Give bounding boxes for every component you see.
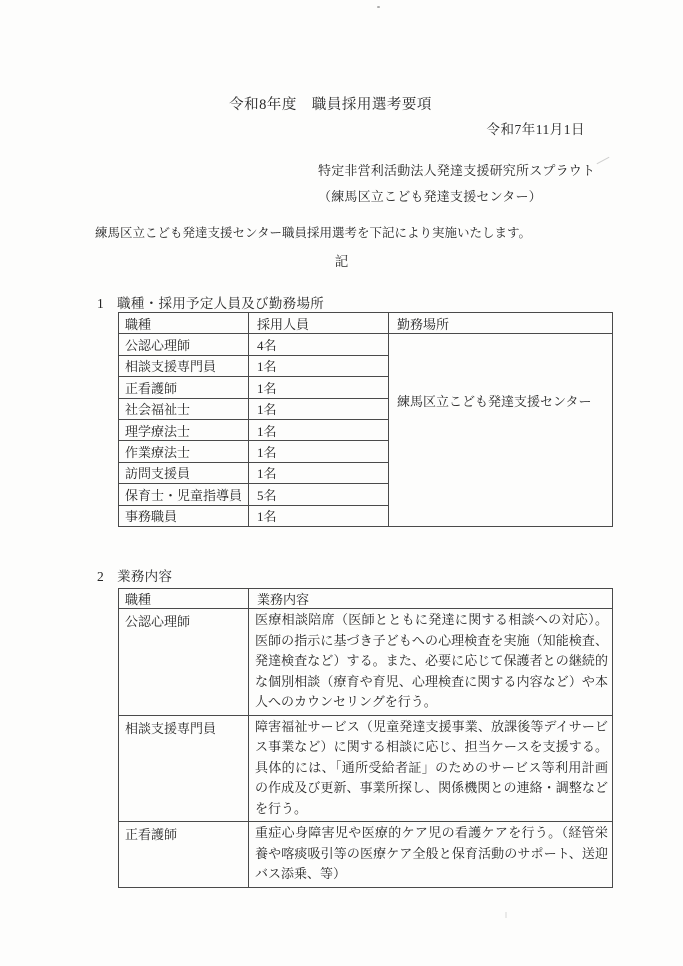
recruitment-table: 職種 採用人員 勤務場所 公認心理師 4名 練馬区立こども発達支援センター 相談…	[118, 312, 613, 527]
job-cell: 相談支援専門員	[119, 715, 249, 822]
duties-header-row: 職種 業務内容	[119, 589, 613, 609]
job-cell: 公認心理師	[119, 334, 249, 355]
job-cell: 訪問支援員	[119, 462, 249, 483]
count-cell: 1名	[249, 398, 389, 419]
duties-row: 正看護師 重症心身障害児や医療的ケア児の看護ケアを行う。（経管栄養や喀痰吸引等の…	[119, 822, 613, 888]
document-date: 令和7年11月1日	[487, 118, 586, 138]
header-headcount: 採用人員	[249, 313, 389, 334]
duties-cell: 重症心身障害児や医療的ケア児の看護ケアを行う。（経管栄養や喀痰吸引等の医療ケア全…	[249, 822, 613, 888]
duties-row: 相談支援専門員 障害福祉サービス（児童発達支援事業、放課後等デイサービス事業など…	[119, 715, 613, 822]
section1-number: 1	[97, 296, 104, 311]
count-cell: 1名	[249, 419, 389, 440]
section1-title: 職種・採用予定人員及び勤務場所	[117, 296, 324, 311]
job-cell: 作業療法士	[119, 441, 249, 462]
count-cell: 1名	[249, 377, 389, 398]
duties-table: 職種 業務内容 公認心理師 医療相談陪席（医師とともに発達に関する相談への対応）…	[118, 588, 613, 888]
section1-heading: 1職種・採用予定人員及び勤務場所	[97, 292, 324, 312]
job-cell: 正看護師	[119, 377, 249, 398]
duties-cell: 障害福祉サービス（児童発達支援事業、放課後等デイサービス事業など）に関する相談に…	[249, 715, 613, 822]
ki-marker: 記	[0, 250, 683, 270]
count-cell: 4名	[249, 334, 389, 355]
scanned-document-page: 令和8年度 職員採用選考要項 令和7年11月1日 特定非営利活動法人発達支援研究…	[0, 0, 683, 966]
duties-cell: 医療相談陪席（医師とともに発達に関する相談への対応）。医師の指示に基づき子どもへ…	[249, 609, 613, 716]
section2-number: 2	[97, 569, 104, 584]
count-cell: 1名	[249, 505, 389, 526]
intro-text: 練馬区立こども発達支援センター職員採用選考を下記により実施いたします。	[95, 223, 531, 241]
recruitment-row: 公認心理師 4名 練馬区立こども発達支援センター	[119, 334, 613, 355]
job-cell: 相談支援専門員	[119, 355, 249, 376]
job-cell: 正看護師	[119, 822, 249, 888]
organization-block: 特定非営利活動法人発達支援研究所スプラウト （練馬区立こども発達支援センター）	[318, 158, 595, 209]
scan-speck	[377, 6, 380, 8]
workplace-cell: 練馬区立こども発達支援センター	[389, 334, 613, 527]
scan-noise	[505, 912, 507, 918]
section2-heading: 2業務内容	[97, 565, 172, 585]
header-duties: 業務内容	[249, 589, 613, 609]
header-workplace: 勤務場所	[389, 313, 613, 334]
job-cell: 事務職員	[119, 505, 249, 526]
scan-scratch	[597, 157, 610, 164]
organization-name: 特定非営利活動法人発達支援研究所スプラウト	[318, 158, 595, 184]
header-job-type: 職種	[119, 313, 249, 334]
job-cell: 保育士・児童指導員	[119, 484, 249, 505]
job-cell: 理学療法士	[119, 419, 249, 440]
recruitment-header-row: 職種 採用人員 勤務場所	[119, 313, 613, 334]
duties-row: 公認心理師 医療相談陪席（医師とともに発達に関する相談への対応）。医師の指示に基…	[119, 609, 613, 716]
section2-title: 業務内容	[117, 569, 172, 584]
count-cell: 1名	[249, 355, 389, 376]
job-cell: 公認心理師	[119, 609, 249, 716]
count-cell: 1名	[249, 441, 389, 462]
organization-subname: （練馬区立こども発達支援センター）	[318, 184, 595, 210]
header-job-type: 職種	[119, 589, 249, 609]
document-title: 令和8年度 職員採用選考要項	[0, 93, 661, 114]
job-cell: 社会福祉士	[119, 398, 249, 419]
count-cell: 1名	[249, 462, 389, 483]
count-cell: 5名	[249, 484, 389, 505]
